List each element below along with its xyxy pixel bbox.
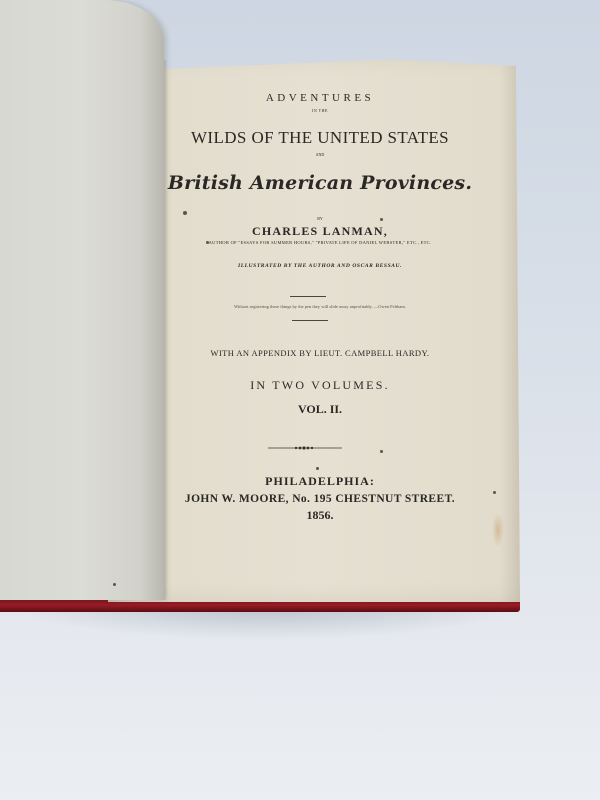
foxing-spot: [493, 491, 496, 494]
epigraph: Without registering these things by the …: [160, 304, 480, 309]
author-works: AUTHOR OF "ESSAYS FOR SUMMER HOURS," "PR…: [160, 240, 480, 245]
rule-top: [290, 296, 326, 297]
page-stain: [492, 512, 504, 548]
foxing-spot: [380, 450, 383, 453]
subtitle-blackletter: British American Provinces.: [160, 172, 480, 194]
volume-number: VOL. II.: [160, 402, 480, 417]
rule-bottom: [292, 320, 328, 321]
connector-in-the: IN THE: [160, 108, 480, 113]
publication-city: PHILADELPHIA:: [160, 474, 480, 489]
foxing-spot: [183, 211, 187, 215]
by-line: BY: [160, 216, 480, 221]
connector-and: AND: [160, 152, 480, 157]
left-page-curled: [0, 0, 164, 600]
title-heading: ADVENTURES: [160, 92, 480, 104]
publication-year: 1856.: [160, 508, 480, 523]
foxing-spot: [316, 467, 319, 470]
publisher-line: JOHN W. MOORE, No. 195 CHESTNUT STREET.: [160, 493, 480, 505]
appendix-line: WITH AN APPENDIX BY LIEUT. CAMPBELL HARD…: [160, 348, 480, 358]
ornamental-rule-icon: [268, 445, 342, 451]
book-photo: ADVENTURES IN THE WILDS OF THE UNITED ST…: [0, 0, 600, 800]
author-name: CHARLES LANMAN,: [160, 224, 480, 239]
main-title: WILDS OF THE UNITED STATES: [160, 128, 480, 148]
volumes-line: IN TWO VOLUMES.: [160, 378, 480, 393]
foxing-spot: [113, 583, 116, 586]
illustrators-line: ILLUSTRATED BY THE AUTHOR AND OSCAR BESS…: [160, 263, 480, 269]
